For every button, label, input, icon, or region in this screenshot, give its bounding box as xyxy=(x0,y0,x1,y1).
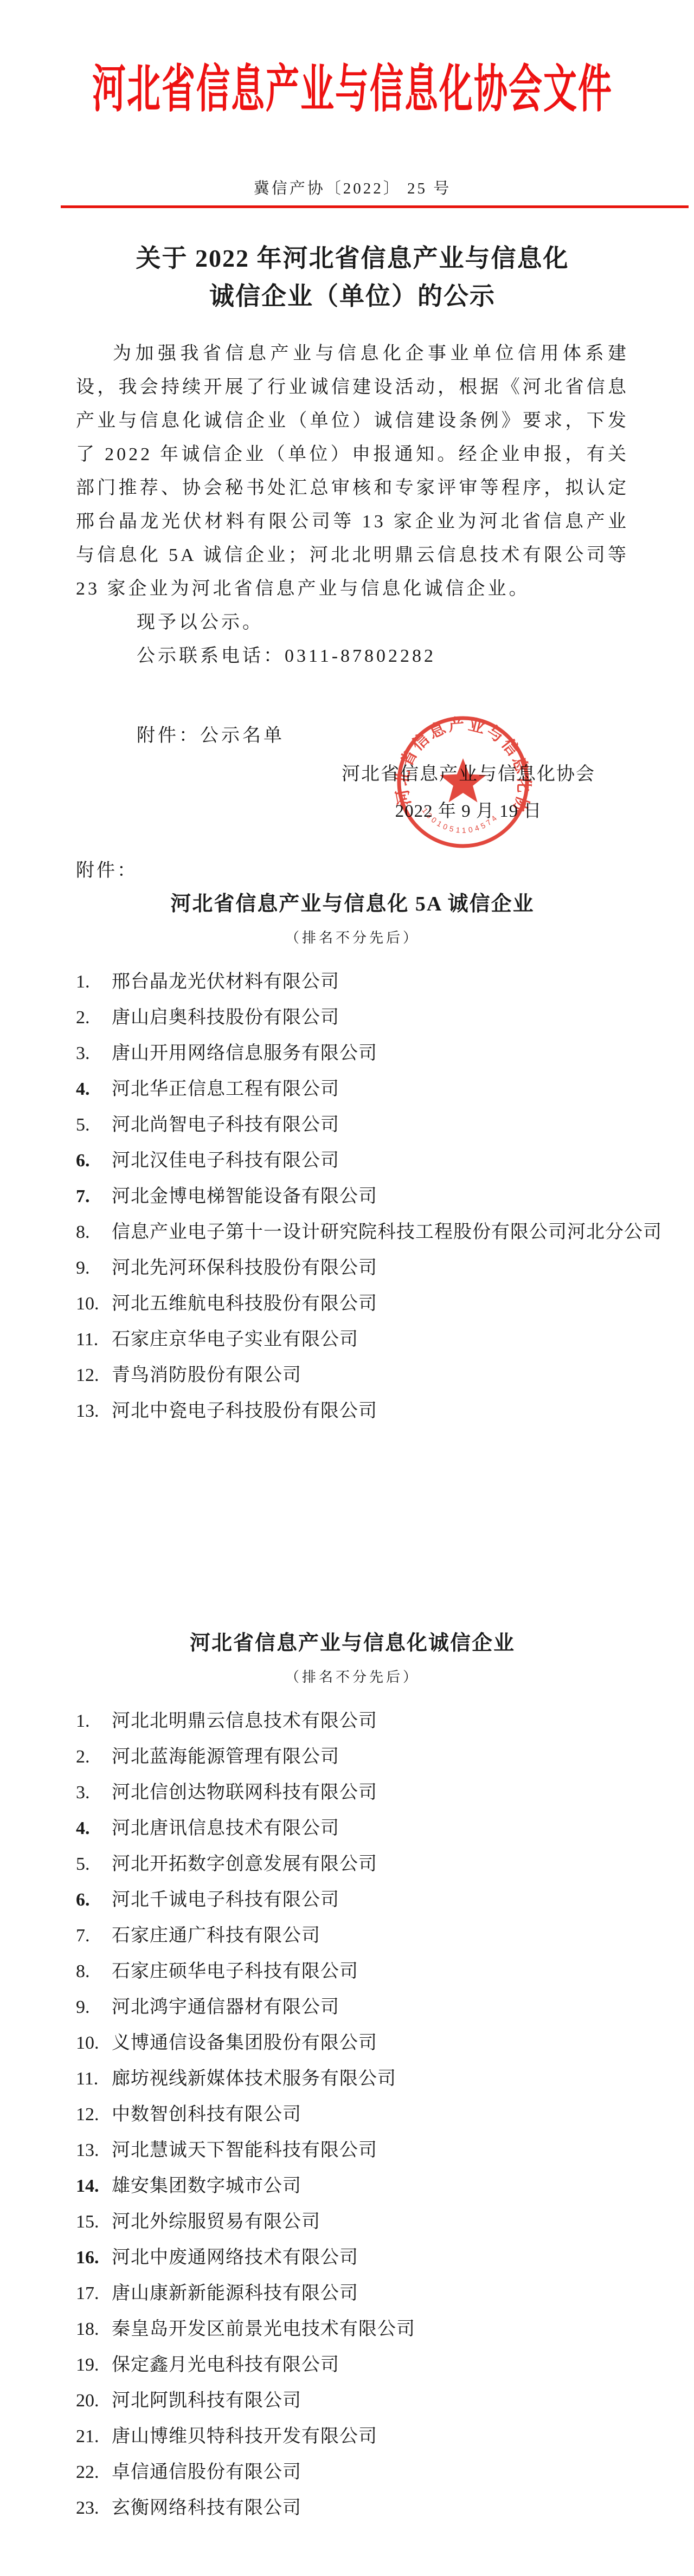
item-number: 12. xyxy=(76,1358,101,1393)
item-number: 5. xyxy=(76,1107,101,1143)
company-name: 雄安集团数字城市公司 xyxy=(112,2176,301,2196)
item-number: 13. xyxy=(76,2133,101,2168)
company-list-item: 11.廊坊视线新媒体技术服务有限公司 xyxy=(76,2061,629,2097)
item-number: 6. xyxy=(76,1143,101,1179)
item-number: 13. xyxy=(76,1393,101,1429)
item-number: 17. xyxy=(76,2276,101,2312)
company-name: 河北阿凯科技有限公司 xyxy=(112,2391,301,2411)
letterhead-title: 河北省信息产业与信息化协会文件 xyxy=(76,48,629,141)
company-list-general: 1.河北北明鼎云信息技术有限公司2.河北蓝海能源管理有限公司3.河北信创达物联网… xyxy=(76,1703,629,2526)
notice-title-line1: 关于 2022 年河北省信息产业与信息化 xyxy=(76,240,629,277)
company-list-item: 21.唐山博维贝特科技开发有限公司 xyxy=(76,2419,629,2455)
company-list-item: 9.河北鸿宇通信器材有限公司 xyxy=(76,1990,629,2025)
signer-organization: 河北省信息产业与信息化协会 xyxy=(342,763,595,786)
company-name: 河北慧诚天下智能科技有限公司 xyxy=(112,2140,377,2160)
section-general-subtitle: （排名不分先后） xyxy=(76,1668,629,1687)
company-name: 卓信通信股份有限公司 xyxy=(112,2462,301,2482)
contact-phone-line: 公示联系电话：0311-87802282 xyxy=(76,640,629,673)
company-list-item: 22.卓信通信股份有限公司 xyxy=(76,2455,629,2490)
company-name: 中数智创科技有限公司 xyxy=(112,2104,301,2125)
company-name: 唐山康新新能源科技有限公司 xyxy=(112,2283,358,2303)
company-name: 河北开拓数字创意发展有限公司 xyxy=(112,1854,377,1874)
company-name: 石家庄硕华电子科技有限公司 xyxy=(112,1961,358,1981)
company-list-item: 11.石家庄京华电子实业有限公司 xyxy=(76,1322,629,1358)
notice-body-paragraph: 为加强我省信息产业与信息化企事业单位信用体系建设，我会持续开展了行业诚信建设活动… xyxy=(76,337,629,606)
item-number: 7. xyxy=(76,1918,101,1954)
item-number: 12. xyxy=(76,2097,101,2133)
notice-title: 关于 2022 年河北省信息产业与信息化 诚信企业（单位）的公示 xyxy=(76,240,629,315)
company-list-item: 14.雄安集团数字城市公司 xyxy=(76,2168,629,2204)
document-number: 冀信产协〔2022〕 25 号 xyxy=(76,177,629,201)
section-5a-subtitle: （排名不分先后） xyxy=(76,928,629,948)
company-name: 河北信创达物联网科技有限公司 xyxy=(112,1783,377,1803)
item-number: 14. xyxy=(76,2168,101,2204)
section-general-title: 河北省信息产业与信息化诚信企业 xyxy=(76,1631,629,1656)
item-number: 20. xyxy=(76,2383,101,2419)
company-name: 河北五维航电科技股份有限公司 xyxy=(112,1294,377,1314)
company-list-item: 9.河北先河环保科技股份有限公司 xyxy=(76,1250,629,1286)
item-number: 16. xyxy=(76,2240,101,2276)
item-number: 11. xyxy=(76,2061,101,2097)
item-number: 4. xyxy=(76,1811,101,1847)
company-name: 信息产业电子第十一设计研究院科技工程股份有限公司河北分公司 xyxy=(112,1222,662,1242)
company-list-item: 19.保定鑫月光电科技有限公司 xyxy=(76,2347,629,2383)
company-list-item: 8.信息产业电子第十一设计研究院科技工程股份有限公司河北分公司 xyxy=(76,1215,629,1250)
company-name: 河北尚智电子科技有限公司 xyxy=(112,1115,339,1135)
company-list-item: 7.河北金博电梯智能设备有限公司 xyxy=(76,1179,629,1215)
company-name: 义博通信设备集团股份有限公司 xyxy=(112,2033,377,2053)
company-list-item: 15.河北外综服贸易有限公司 xyxy=(76,2204,629,2240)
company-name: 保定鑫月光电科技有限公司 xyxy=(112,2355,339,2375)
company-name: 玄衡网络科技有限公司 xyxy=(112,2498,301,2518)
company-list-5a: 1.邢台晶龙光伏材料有限公司2.唐山启奥科技股份有限公司3.唐山开用网络信息服务… xyxy=(76,964,629,1429)
item-number: 5. xyxy=(76,1847,101,1882)
item-number: 22. xyxy=(76,2455,101,2490)
item-number: 4. xyxy=(76,1071,101,1107)
item-number: 2. xyxy=(76,1739,101,1775)
item-number: 10. xyxy=(76,2025,101,2061)
item-number: 23. xyxy=(76,2490,101,2526)
attachment-label: 附件： xyxy=(76,859,629,883)
company-name: 河北中废通网络技术有限公司 xyxy=(112,2248,358,2268)
company-name: 廊坊视线新媒体技术服务有限公司 xyxy=(112,2069,396,2089)
company-name: 河北汉佳电子科技有限公司 xyxy=(112,1151,339,1171)
item-number: 1. xyxy=(76,1703,101,1739)
company-name: 唐山启奥科技股份有限公司 xyxy=(112,1008,339,1028)
company-list-item: 12.青鸟消防股份有限公司 xyxy=(76,1358,629,1393)
company-list-item: 1.河北北明鼎云信息技术有限公司 xyxy=(76,1703,629,1739)
letterhead-title-text: 河北省信息产业与信息化协会文件 xyxy=(92,25,613,154)
company-name: 河北千诚电子科技有限公司 xyxy=(112,1890,339,1910)
item-number: 1. xyxy=(76,964,101,1000)
company-name: 河北唐讯信息技术有限公司 xyxy=(112,1818,339,1838)
item-number: 18. xyxy=(76,2312,101,2347)
company-name: 邢台晶龙光伏材料有限公司 xyxy=(112,972,339,992)
item-number: 8. xyxy=(76,1954,101,1990)
company-list-item: 2.河北蓝海能源管理有限公司 xyxy=(76,1739,629,1775)
item-number: 8. xyxy=(76,1215,101,1250)
section-5a-title: 河北省信息产业与信息化 5A 诚信企业 xyxy=(76,892,629,916)
company-list-item: 18.秦皇岛开发区前景光电技术有限公司 xyxy=(76,2312,629,2347)
company-list-item: 8.石家庄硕华电子科技有限公司 xyxy=(76,1954,629,1990)
notice-title-line2: 诚信企业（单位）的公示 xyxy=(76,277,629,315)
company-list-item: 1.邢台晶龙光伏材料有限公司 xyxy=(76,964,629,1000)
item-number: 7. xyxy=(76,1179,101,1215)
company-name: 河北金博电梯智能设备有限公司 xyxy=(112,1186,377,1206)
company-list-item: 13.河北中瓷电子科技股份有限公司 xyxy=(76,1393,629,1429)
company-name: 河北外综服贸易有限公司 xyxy=(112,2212,320,2232)
company-list-item: 17.唐山康新新能源科技有限公司 xyxy=(76,2276,629,2312)
item-number: 3. xyxy=(76,1036,101,1071)
company-list-item: 3.唐山开用网络信息服务有限公司 xyxy=(76,1036,629,1071)
signature-date: 2022 年 9 月 19 日 xyxy=(342,799,595,823)
item-number: 21. xyxy=(76,2419,101,2455)
company-list-item: 20.河北阿凯科技有限公司 xyxy=(76,2383,629,2419)
company-list-item: 4.河北唐讯信息技术有限公司 xyxy=(76,1811,629,1847)
attachment-note: 附件：公示名单 xyxy=(76,719,629,753)
company-name: 石家庄京华电子实业有限公司 xyxy=(112,1329,358,1350)
publish-line: 现予以公示。 xyxy=(76,606,629,640)
document-page: 河北省信息产业与信息化协会文件 冀信产协〔2022〕 25 号 关于 2022 … xyxy=(0,0,694,2576)
company-name: 河北鸿宇通信器材有限公司 xyxy=(112,1997,339,2017)
company-name: 唐山开用网络信息服务有限公司 xyxy=(112,1043,377,1063)
item-number: 9. xyxy=(76,1990,101,2025)
company-name: 秦皇岛开发区前景光电技术有限公司 xyxy=(112,2319,415,2339)
company-name: 河北蓝海能源管理有限公司 xyxy=(112,1747,339,1767)
item-number: 9. xyxy=(76,1250,101,1286)
company-name: 河北华正信息工程有限公司 xyxy=(112,1079,339,1099)
company-list-item: 13.河北慧诚天下智能科技有限公司 xyxy=(76,2133,629,2168)
company-name: 青鸟消防股份有限公司 xyxy=(112,1365,301,1385)
signature-block: 河北省信息产业与信息化协会 2022 年 9 月 19 日 xyxy=(342,763,595,823)
company-name: 河北中瓷电子科技股份有限公司 xyxy=(112,1401,377,1421)
company-list-item: 10.河北五维航电科技股份有限公司 xyxy=(76,1286,629,1322)
company-list-item: 6.河北汉佳电子科技有限公司 xyxy=(76,1143,629,1179)
item-number: 3. xyxy=(76,1775,101,1811)
company-list-item: 10.义博通信设备集团股份有限公司 xyxy=(76,2025,629,2061)
company-list-item: 6.河北千诚电子科技有限公司 xyxy=(76,1882,629,1918)
company-name: 石家庄通广科技有限公司 xyxy=(112,1926,320,1946)
item-number: 2. xyxy=(76,1000,101,1036)
company-list-item: 16.河北中废通网络技术有限公司 xyxy=(76,2240,629,2276)
company-name: 河北先河环保科技股份有限公司 xyxy=(112,1258,377,1278)
company-list-item: 12.中数智创科技有限公司 xyxy=(76,2097,629,2133)
company-list-item: 5.河北尚智电子科技有限公司 xyxy=(76,1107,629,1143)
item-number: 19. xyxy=(76,2347,101,2383)
red-divider-rule xyxy=(61,205,689,208)
company-list-item: 23.玄衡网络科技有限公司 xyxy=(76,2490,629,2526)
company-list-item: 7.石家庄通广科技有限公司 xyxy=(76,1918,629,1954)
company-list-item: 3.河北信创达物联网科技有限公司 xyxy=(76,1775,629,1811)
company-name: 唐山博维贝特科技开发有限公司 xyxy=(112,2426,377,2446)
company-list-item: 2.唐山启奥科技股份有限公司 xyxy=(76,1000,629,1036)
item-number: 11. xyxy=(76,1322,101,1358)
company-list-item: 5.河北开拓数字创意发展有限公司 xyxy=(76,1847,629,1882)
item-number: 6. xyxy=(76,1882,101,1918)
company-list-item: 4.河北华正信息工程有限公司 xyxy=(76,1071,629,1107)
item-number: 15. xyxy=(76,2204,101,2240)
item-number: 10. xyxy=(76,1286,101,1322)
company-name: 河北北明鼎云信息技术有限公司 xyxy=(112,1711,377,1731)
